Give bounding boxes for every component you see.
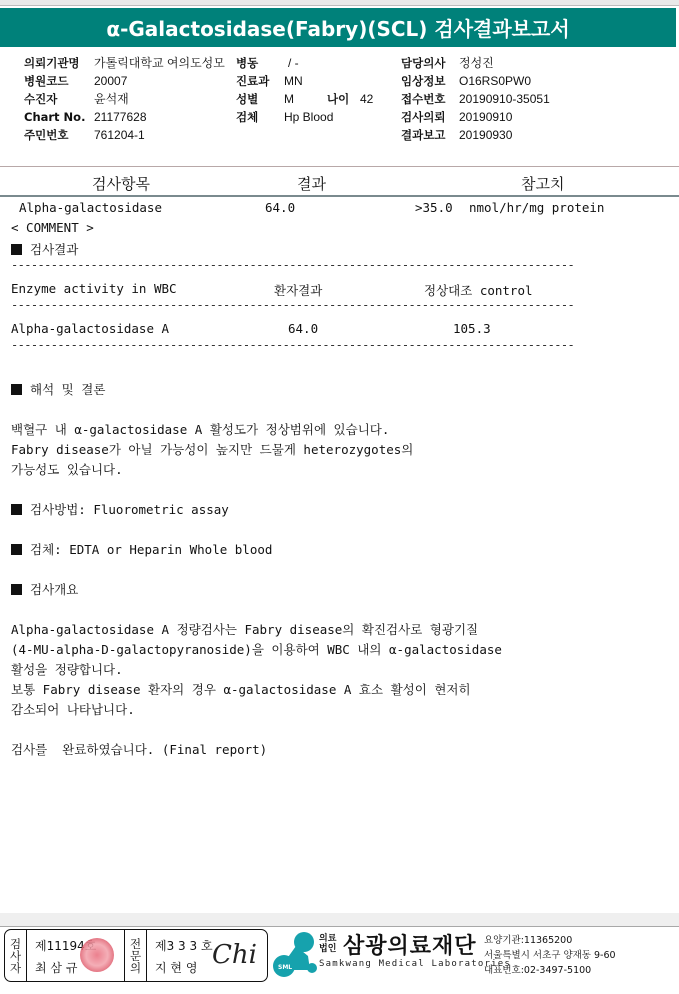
org-code: 요양기관:11365200 xyxy=(484,933,616,948)
comment-header: < COMMENT > xyxy=(11,220,94,235)
chart-no-label: Chart No. xyxy=(24,108,94,126)
clinical-info-label: 임상정보 xyxy=(401,72,459,90)
hospital-code-value: 20007 xyxy=(94,72,127,90)
footer-divider xyxy=(0,913,679,927)
institution-label: 의뢰기관명 xyxy=(24,54,94,72)
doctor-label: 담당의사 xyxy=(401,54,459,72)
ward-label: 병동 xyxy=(236,54,288,72)
result-reference: >35.0 xyxy=(415,200,453,215)
section-result-heading: 검사결과 xyxy=(11,240,78,258)
age-label: 나이 xyxy=(327,90,360,108)
request-date-value: 20190910 xyxy=(459,108,512,126)
signature-icon: Chi xyxy=(212,940,257,970)
department-value: MN xyxy=(284,72,303,90)
specimen-line: 검체: EDTA or Heparin Whole blood xyxy=(11,540,272,558)
seal-stamp-icon xyxy=(80,938,114,972)
receipt-no-label: 접수번호 xyxy=(401,90,459,108)
sex-value: M xyxy=(284,90,327,108)
department-label: 진료과 xyxy=(236,72,284,90)
age-value: 42 xyxy=(360,90,373,108)
info-col-2: 진료과MN 성별M나이42 검체Hp Blood xyxy=(236,72,373,126)
tester-role-label: 검사자 xyxy=(5,930,27,981)
enzyme-head-c3: 정상대조 control xyxy=(424,281,533,299)
receipt-no-value: 20190910-35051 xyxy=(459,90,550,108)
signature-box: 검사자 제11194호 최 삼 규 전문의 제3 3 3 호 지 현 영 Chi xyxy=(4,929,268,982)
interpret-line: 가능성도 있습니다. xyxy=(11,460,123,478)
final-report-line: 검사를 완료하였습니다. (Final report) xyxy=(11,740,267,758)
institution-value: 가톨릭대학교 여의도성모 xyxy=(94,54,225,72)
specimen-label: 검체 xyxy=(236,108,284,126)
overview-line: Alpha-galactosidase A 정량검사는 Fabry diseas… xyxy=(11,620,478,638)
org-english-name: Samkwang Medical Laboratories xyxy=(319,959,511,969)
method-line: 검사방법: Fluorometric assay xyxy=(11,500,229,518)
org-address: 서울특별시 서초구 양재동 9-60 xyxy=(484,948,616,963)
square-bullet-icon xyxy=(11,544,22,555)
square-bullet-icon xyxy=(11,384,22,395)
result-value: 64.0 xyxy=(265,200,295,215)
svg-text:SML: SML xyxy=(278,964,292,971)
sex-label: 성별 xyxy=(236,90,284,108)
overview-line: 보통 Fabry disease 환자의 경우 α-galactosidase … xyxy=(11,680,471,698)
dash-line: ----------------------------------------… xyxy=(11,258,574,272)
resident-no-value: 761204-1 xyxy=(94,126,145,144)
clinical-info-value: O16RS0PW0 xyxy=(459,72,531,90)
dash-line: ----------------------------------------… xyxy=(11,338,574,352)
specimen-value: Hp Blood xyxy=(284,108,333,126)
request-date-label: 검사의뢰 xyxy=(401,108,459,126)
square-bullet-icon xyxy=(11,244,22,255)
section-overview-heading: 검사개요 xyxy=(11,580,78,598)
chart-no-value: 21177628 xyxy=(94,108,147,126)
enzyme-row-c3: 105.3 xyxy=(453,321,491,336)
overview-line: (4-MU-alpha-D-galactopyranoside)을 이용하여 W… xyxy=(11,640,502,658)
result-unit: nmol/hr/mg protein xyxy=(469,200,604,215)
interpret-line: 백혈구 내 α-galactosidase A 활성도가 정상범위에 있습니다. xyxy=(11,420,389,438)
col-result: 결과 xyxy=(297,173,326,194)
report-date-value: 20190930 xyxy=(459,126,512,144)
enzyme-head-c2: 환자결과 xyxy=(274,281,322,299)
report-title: α-Galactosidase(Fabry)(SCL) 검사결과보고서 xyxy=(106,13,569,42)
result-item: Alpha-galactosidase xyxy=(19,200,162,215)
info-ward: 병동/ - xyxy=(236,54,299,72)
org-name: 삼광의료재단 xyxy=(343,929,477,960)
doctor-value: 정성진 xyxy=(459,54,494,72)
col-reference: 참고치 xyxy=(521,173,564,194)
resident-no-label: 주민번호 xyxy=(24,126,94,144)
divider xyxy=(0,195,679,197)
sml-logo-icon: SML xyxy=(272,930,318,980)
info-col-3: 담당의사정성진 임상정보O16RS0PW0 접수번호20190910-35051… xyxy=(401,54,550,144)
enzyme-head-c1: Enzyme activity in WBC xyxy=(11,281,177,296)
tester-cell: 제11194호 최 삼 규 xyxy=(27,930,125,981)
square-bullet-icon xyxy=(11,504,22,515)
info-col-1: 의뢰기관명가톨릭대학교 여의도성모 병원코드20007 수진자윤석재 Chart… xyxy=(24,54,225,144)
ward-value: / - xyxy=(288,54,299,72)
org-phone: 대표번호:02-3497-5100 xyxy=(484,963,616,978)
patient-value: 윤석재 xyxy=(94,90,129,108)
org-prefix: 의료 법인 xyxy=(319,934,336,954)
report-title-bar: α-Galactosidase(Fabry)(SCL) 검사결과보고서 xyxy=(0,8,676,47)
top-border xyxy=(0,0,679,6)
dash-line: ----------------------------------------… xyxy=(11,298,574,312)
enzyme-row-c1: Alpha-galactosidase A xyxy=(11,321,169,336)
enzyme-row-c2: 64.0 xyxy=(288,321,318,336)
section-interpret-heading: 해석 및 결론 xyxy=(11,380,105,398)
interpret-line: Fabry disease가 아닐 가능성이 높지만 드물게 heterozyg… xyxy=(11,440,413,458)
overview-line: 감소되어 나타납니다. xyxy=(11,700,135,718)
specialist-cell: 제3 3 3 호 지 현 영 Chi xyxy=(147,930,265,981)
col-test-item: 검사항목 xyxy=(92,173,150,194)
org-contact: 요양기관:11365200 서울특별시 서초구 양재동 9-60 대표번호:02… xyxy=(484,933,616,978)
hospital-code-label: 병원코드 xyxy=(24,72,94,90)
overview-line: 활성을 정량합니다. xyxy=(11,660,123,678)
result-table-header: 검사항목 결과 참고치 xyxy=(0,167,679,195)
report-date-label: 결과보고 xyxy=(401,126,459,144)
specialist-role-label: 전문의 xyxy=(125,930,147,981)
patient-label: 수진자 xyxy=(24,90,94,108)
square-bullet-icon xyxy=(11,584,22,595)
